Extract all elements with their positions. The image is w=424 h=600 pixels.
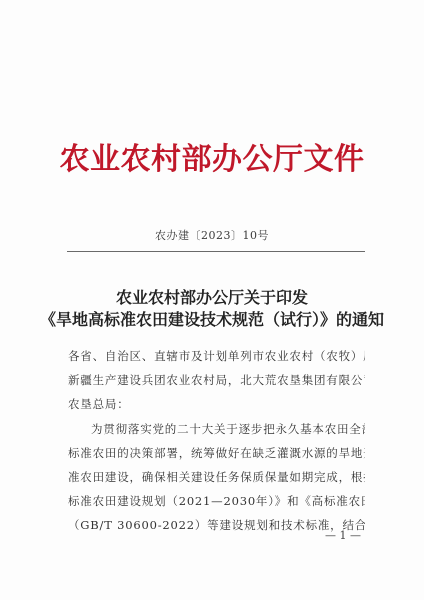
body-line-paragraph-4: 标准农田建设规划（2021—2030年）》和《高标准农田建设 通则》 [68, 489, 365, 513]
body-line-paragraph-1: 为贯彻落实党的二十大关于逐步把永久基本农田全部建成高 [68, 417, 365, 441]
document-page: 农业农村部办公厅文件 农办建〔2023〕10号 农业农村部办公厅关于印发 《旱地… [0, 0, 424, 600]
body-line-addressee-1: 各省、自治区、直辖市及计划单列市农业农村（农牧）厅（局、委）， [68, 344, 365, 368]
header-divider-rule [67, 251, 365, 252]
page-number: — 1 — [318, 528, 368, 544]
notice-title-line-1: 农业农村部办公厅关于印发 [0, 287, 424, 309]
body-text: 各省、自治区、直辖市及计划单列市农业农村（农牧）厅（局、委）， 新疆生产建设兵团… [68, 344, 365, 538]
notice-title-line-2: 《旱地高标准农田建设技术规范（试行）》的通知 [0, 309, 424, 331]
body-line-addressee-2: 新疆生产建设兵团农业农村局，北大荒农垦集团有限公司，广东省 [68, 368, 365, 392]
body-line-paragraph-3: 准农田建设，确保相关建设任务保质保量如期完成，根据《全国高 [68, 465, 365, 489]
issuer-header-title: 农业农村部办公厅文件 [0, 138, 424, 182]
document-number: 农办建〔2023〕10号 [0, 228, 424, 244]
body-line-paragraph-2: 标准农田的决策部署，统筹做好在缺乏灌溉水源的旱地开展高标 [68, 441, 365, 465]
body-line-addressee-3: 农垦总局： [68, 392, 365, 416]
